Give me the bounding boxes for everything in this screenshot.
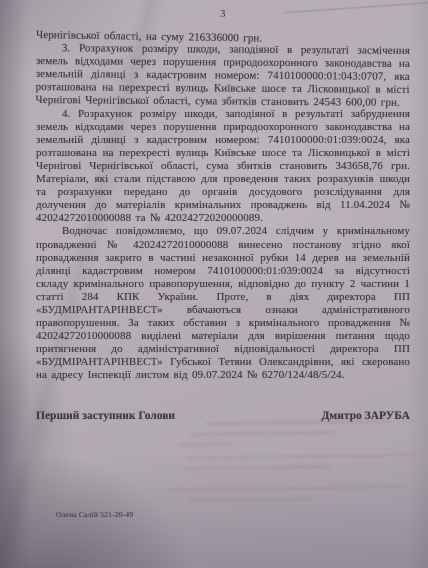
paragraph-item-3: 3. Розрахунок розміру шкоди, заподіяної … [35, 42, 410, 110]
bleed-line [186, 453, 416, 459]
bleed-line [178, 443, 233, 447]
bleed-line [168, 485, 403, 491]
document-page: 3 Чернігівської області, на суму 2163360… [0, 0, 428, 422]
signature-title: Перший заступник Голови [36, 410, 175, 422]
bleed-line [188, 497, 313, 502]
paragraph-notice: Водночас повідомляємо, що 09.07.2024 слі… [36, 225, 410, 382]
document-photo: 3 Чернігівської області, на суму 2163360… [0, 0, 428, 568]
bleed-line [190, 431, 335, 436]
bleed-line [183, 465, 333, 470]
document-body: Чернігівської області, на суму 216336000… [36, 29, 410, 383]
page-number: 3 [36, 8, 410, 20]
signature-block: Перший заступник Голови Дмитро ЗАРУБА [36, 410, 410, 422]
footer-contact: Олена Салій 521-20-49 [56, 510, 133, 519]
signature-name: Дмитро ЗАРУБА [322, 410, 411, 422]
paragraph-item-4: 4. Розрахунок розміру шкоди, заподіяної … [36, 108, 410, 226]
